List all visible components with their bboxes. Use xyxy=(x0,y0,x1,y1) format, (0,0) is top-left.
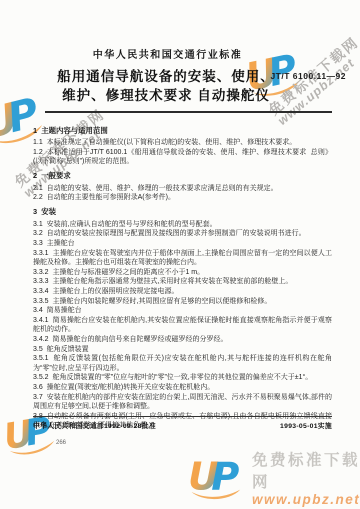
footer-divider xyxy=(33,416,332,417)
standard-number: JT/T 6100.11—92 xyxy=(270,71,346,81)
implementation-note: 1993-05-01实施 xyxy=(280,420,332,430)
clause-paragraph: 3.3.1 主操舵台应安装在驾驶室内并位于船体中剖面上,主操舵台周围应留有一定的… xyxy=(33,249,332,267)
standard-type-heading: 中华人民共和国交通行业标准 xyxy=(40,46,295,61)
document-body: 1 主题内容与适用范围1.1 本标准规定了自动操舵仪(以下简称自动舵)的安装、使… xyxy=(33,121,332,431)
approval-note: 中华人民共和国交通部1992-09-28批准 xyxy=(33,420,156,430)
clause-paragraph: 3.5 舵角反馈装置 xyxy=(33,345,332,354)
clause-paragraph: 3.6 操舵位置(驾驶室/舵机舱)转换开关应安装在舵机舱内。 xyxy=(33,383,332,392)
clause-paragraph: 3.3 主操舵台 xyxy=(33,239,332,248)
clause-paragraph: 3.1 安装前,应确认自动舵的型号与罗经和舵机的型号配套。 xyxy=(33,220,332,229)
title-divider xyxy=(45,111,332,113)
clause-paragraph: 3.5.2 舵角反馈装置的“零”位应与舵叶的“零”位一致,非零位的其他位置的偏差… xyxy=(33,373,332,382)
page-number: 266 xyxy=(56,440,66,446)
clause-paragraph: 3.4.2 简易操舵台的航向信号来自陀螺罗经或磁罗经的分罗经。 xyxy=(33,335,332,344)
clause-paragraph: 3.7 安装在舵机舱内的部件应安装在固定的台架上,周围无油泥、污水并不易积聚易爆… xyxy=(33,393,332,411)
section-heading: 1 主题内容与适用范围 xyxy=(33,126,332,135)
clause-paragraph: 3.3.3 主操舵台舵角指示器通常为壁挂式,采用时应将其安装在驾驶室前部的舱壁上… xyxy=(33,277,332,286)
section-heading: 2 一般要求 xyxy=(33,171,332,180)
clause-paragraph: 1.1 本标准规定了自动操舵仪(以下简称自动舵)的安装、使用、维护、修理技术要求… xyxy=(33,138,332,147)
clause-paragraph: 3.5.1 舵角反馈装置(包括舵角限位开关)应安装在舵机舱内,其与舵杆连接的连杆… xyxy=(33,354,332,372)
section-heading: 3 安装 xyxy=(33,207,332,216)
clause-paragraph: 3.3.2 主操舵台与标准磁罗经之间的距离应不小于1 m。 xyxy=(33,268,332,277)
scanned-standard-document-page: U P 免费标准下载网 www.upbz.net 免费标准下载网 www.upb… xyxy=(0,0,360,509)
clause-paragraph: 3.3.4 主操舵台上的仪器照明应按规定接电源。 xyxy=(33,287,332,296)
document-title-line1: 船用通信导航设备的安装、使用、 xyxy=(26,68,306,87)
footer: 中华人民共和国交通部1992-09-28批准 1993-05-01实施 xyxy=(33,420,332,430)
clause-paragraph: 3.2 自动舵的安装应按原理图与配置图及接线图的要求并参照制造厂的安装说明书进行… xyxy=(33,229,332,238)
document-title-line2: 维护、修理技术要求 自动操舵仪 xyxy=(26,87,306,106)
clause-paragraph: 1.2 本标准适用于JT/T 6100.1《船用通信导航设备的安装、使用、维护、… xyxy=(33,148,332,166)
clause-paragraph: 3.4 简易操舵台 xyxy=(33,306,332,315)
clause-paragraph: 2.1 自动舵的安装、使用、维护、修理的一般技术要求应满足总则的有关规定。 xyxy=(33,184,332,193)
clause-paragraph: 3.4.1 简易操舵台应安装在舵机舱内,其安装位置应能保证操舵时能直接观察舵角指… xyxy=(33,316,332,334)
document-title: 船用通信导航设备的安装、使用、 维护、修理技术要求 自动操舵仪 xyxy=(26,68,306,106)
clause-paragraph: 2.2 自动舵的主要性能可参照附录A(参考件)。 xyxy=(33,193,332,202)
clause-paragraph: 3.3.5 主操舵台内如装陀螺罗经时,其周围应留有足够的空间以便维修和检修。 xyxy=(33,297,332,306)
